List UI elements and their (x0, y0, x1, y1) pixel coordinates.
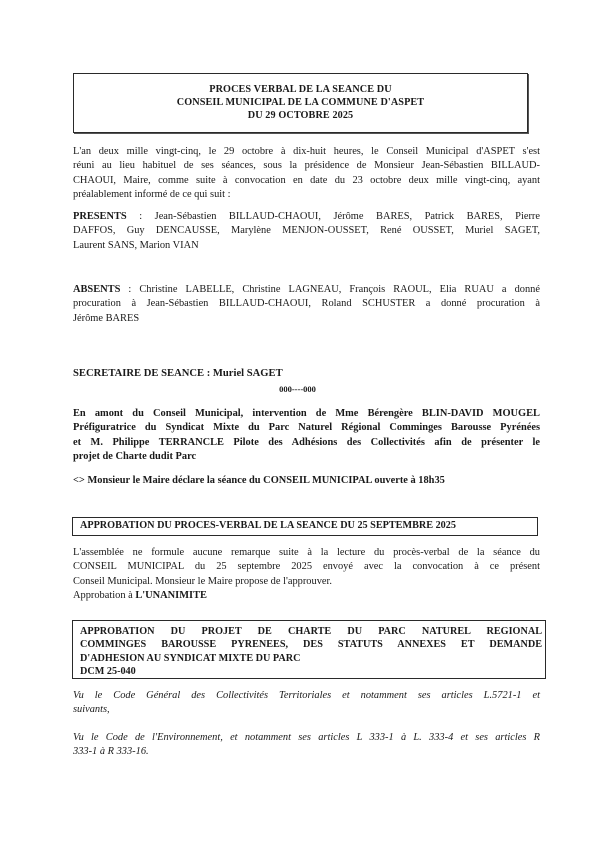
absents-paragraph: ABSENTS : Christine LABELLE, Christine L… (73, 283, 540, 326)
section2-dcm-number: DCM 25-040 (80, 665, 542, 678)
section1-heading-box: APPROBATION DU PROCES-VERBAL DE LA SEANC… (72, 517, 538, 536)
approval-result: L'UNANIMITE (135, 590, 207, 601)
presents-line: DAFFOS, Guy DENCAUSSE, Marylène MENJON-O… (73, 224, 540, 238)
approval-prefix: Approbation à (73, 590, 135, 601)
absents-line-1: ABSENTS : Christine LABELLE, Christine L… (73, 283, 540, 297)
title-box: PROCES VERBAL DE LA SEANCE DU CONSEIL MU… (73, 73, 528, 133)
visa-line: 333-1 à R 333-16. (73, 745, 540, 759)
visa-cgct: Vu le Code Général des Collectivités Ter… (73, 689, 540, 718)
section1-paragraph: L'assemblée ne formule aucune remarque s… (73, 546, 540, 604)
intro-line: réuni au lieu habituel de ses séances, s… (73, 159, 540, 173)
absents-text: : Christine LABELLE, Christine LAGNEAU, … (120, 284, 540, 295)
intervention-line: Préfiguratrice du Syndicat Mixte du Parc… (73, 421, 540, 435)
absents-label: ABSENTS (73, 284, 120, 295)
section1-heading: APPROBATION DU PROCES-VERBAL DE LA SEANC… (80, 520, 456, 531)
intro-line: L'an deux mille vingt-cinq, le 29 octobr… (73, 145, 540, 159)
title-line-3: DU 29 OCTOBRE 2025 (74, 110, 527, 121)
section1-line: Conseil Municipal. Monsieur le Maire pro… (73, 575, 540, 589)
section2-heading-line: D'ADHESION AU SYNDICAT MIXTE DU PARC (80, 652, 542, 665)
visa-line: Vu le Code Général des Collectivités Ter… (73, 689, 540, 703)
title-line-1: PROCES VERBAL DE LA SEANCE DU (74, 84, 527, 95)
intro-paragraph: L'an deux mille vingt-cinq, le 29 octobr… (73, 145, 540, 203)
section2-heading: APPROBATION DU PROJET DE CHARTE DU PARC … (80, 625, 542, 679)
separator: 000----000 (0, 384, 595, 394)
visa-code-environnement: Vu le Code de l'Environnement, et notamm… (73, 731, 540, 760)
visa-line: suivants, (73, 703, 540, 717)
visa-line: Vu le Code de l'Environnement, et notamm… (73, 731, 540, 745)
section1-line: L'assemblée ne formule aucune remarque s… (73, 546, 540, 560)
intervention-line: projet de Charte dudit Parc (73, 450, 540, 464)
intro-line: préalablement informé de ce qui suit : (73, 188, 540, 202)
ouverture-seance: <> Monsieur le Maire déclare la séance d… (73, 474, 540, 488)
section2-heading-box: APPROBATION DU PROJET DE CHARTE DU PARC … (72, 620, 546, 679)
absents-line: procuration à Jean-Sébastien BILLAUD-CHA… (73, 297, 540, 311)
ouverture-text: <> Monsieur le Maire déclare la séance d… (73, 474, 540, 488)
presents-label: PRESENTS (73, 211, 127, 222)
presents-line: Laurent SANS, Marion VIAN (73, 239, 540, 253)
presents-line-1: PRESENTS : Jean-Sébastien BILLAUD-CHAOUI… (73, 210, 540, 224)
section1-approval: Approbation à L'UNANIMITE (73, 589, 540, 603)
presents-text: : Jean-Sébastien BILLAUD-CHAOUI, Jérôme … (127, 211, 540, 222)
secretaire-text: SECRETAIRE DE SEANCE : Muriel SAGET (73, 367, 540, 381)
section1-line: CONSEIL MUNICIPAL du 25 septembre 2025 e… (73, 560, 540, 574)
secretaire-de-seance: SECRETAIRE DE SEANCE : Muriel SAGET (73, 367, 540, 381)
intervention-paragraph: En amont du Conseil Municipal, intervent… (73, 407, 540, 465)
section2-heading-line: COMMINGES BAROUSSE PYRENEES, DES STATUTS… (80, 638, 542, 651)
section2-heading-line: APPROBATION DU PROJET DE CHARTE DU PARC … (80, 625, 542, 638)
intervention-line: et M. Philippe TERRANCLE Pilote des Adhé… (73, 436, 540, 450)
intro-line: CHAOUI, Maire, comme suite à convocation… (73, 174, 540, 188)
intervention-line: En amont du Conseil Municipal, intervent… (73, 407, 540, 421)
absents-line: Jérôme BARES (73, 312, 540, 326)
presents-paragraph: PRESENTS : Jean-Sébastien BILLAUD-CHAOUI… (73, 210, 540, 253)
title-line-2: CONSEIL MUNICIPAL DE LA COMMUNE D'ASPET (74, 97, 527, 108)
document-page: PROCES VERBAL DE LA SEANCE DU CONSEIL MU… (0, 0, 595, 841)
